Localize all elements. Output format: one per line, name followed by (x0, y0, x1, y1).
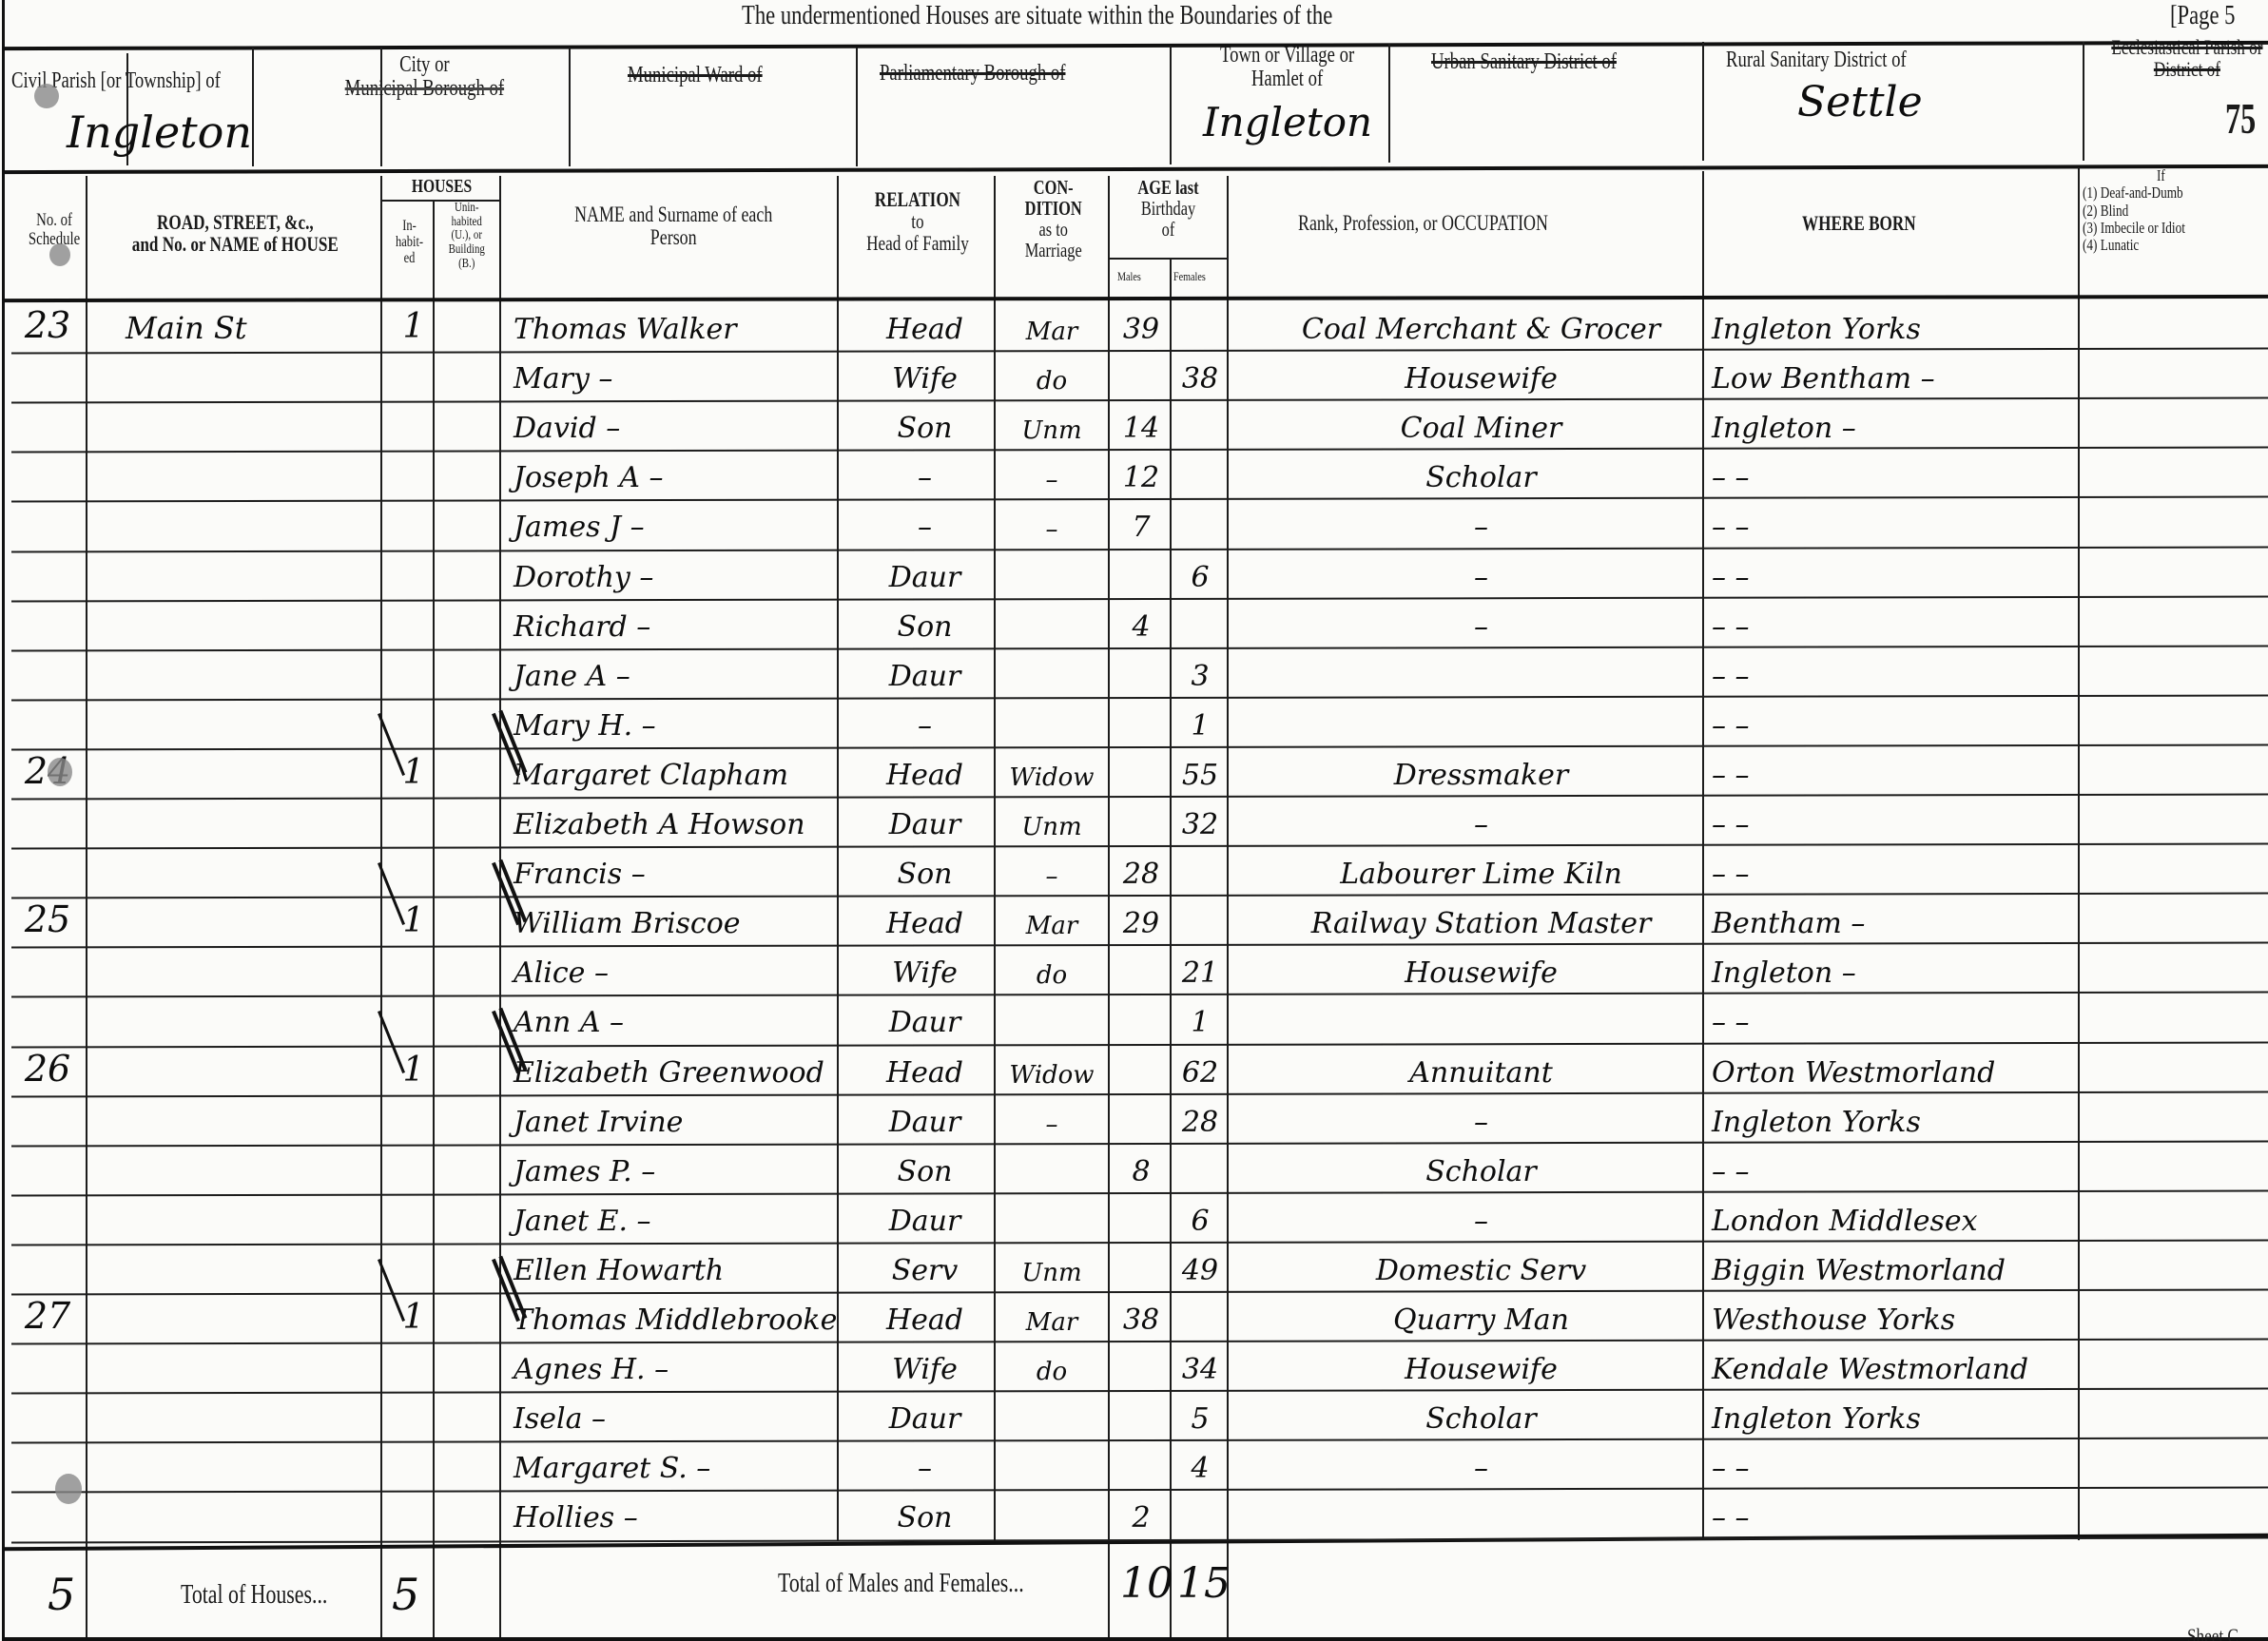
cell-infirmity (2087, 849, 2263, 891)
cell-road (126, 750, 373, 792)
cell-condition: Unm (998, 800, 1105, 841)
cell-road (126, 701, 373, 743)
cell-relation: Head (861, 1295, 989, 1337)
cell-road (126, 602, 373, 644)
cell-road (126, 898, 373, 940)
cell-name: Hollies – (514, 1493, 837, 1535)
cell-name: Janet E. – (514, 1196, 837, 1238)
cell-relation: Son (861, 403, 989, 445)
cell-condition (998, 997, 1105, 1039)
cell-inhabited (399, 849, 428, 891)
cell-females: 55 (1175, 750, 1225, 792)
cell-females: 1 (1175, 701, 1225, 743)
cell-where-born: Low Bentham – (1712, 354, 2073, 396)
cell-females (1175, 403, 1225, 445)
cell-inhabited (399, 403, 428, 445)
cell-relation: Daur (861, 800, 989, 841)
cell-occupation: – (1265, 602, 1697, 644)
cell-infirmity (2087, 997, 2263, 1039)
cell-name: Richard – (514, 602, 837, 644)
cell-where-born: Orton Westmorland (1712, 1048, 2073, 1090)
ecclesiastical-parish-label: Ecclesiastical Parish or District of (2109, 36, 2265, 80)
cell-road (126, 502, 373, 544)
cell-condition (998, 651, 1105, 693)
cell-name: Agnes H. – (514, 1344, 837, 1386)
cell-females (1175, 1493, 1225, 1535)
cell-schedule: 27 (11, 1295, 84, 1337)
cell-females (1175, 1295, 1225, 1337)
cell-road (126, 1048, 373, 1090)
cell-road (126, 1344, 373, 1386)
cell-occupation (1265, 997, 1697, 1039)
cell-females: 4 (1175, 1443, 1225, 1485)
cell-name: Elizabeth Greenwood (514, 1048, 837, 1090)
header-relation: RELATION to Head of Family (842, 188, 994, 254)
ink-blot (49, 243, 70, 266)
cell-condition: – (998, 502, 1105, 544)
cell-occupation: – (1265, 800, 1697, 841)
cell-occupation: Railway Station Master (1265, 898, 1697, 940)
cell-where-born: – – (1712, 602, 2073, 644)
cell-road (126, 1493, 373, 1535)
cell-relation: Son (861, 602, 989, 644)
cell-males (1115, 1344, 1168, 1386)
cell-schedule (11, 602, 84, 644)
cell-infirmity (2087, 1245, 2263, 1287)
cell-females: 3 (1175, 651, 1225, 693)
cell-condition: Mar (998, 304, 1105, 346)
cell-males: 8 (1115, 1147, 1168, 1188)
cell-infirmity (2087, 403, 2263, 445)
cell-females (1175, 849, 1225, 891)
cell-infirmity (2087, 304, 2263, 346)
cell-relation: Daur (861, 651, 989, 693)
cell-males: 28 (1115, 849, 1168, 891)
cell-infirmity (2087, 1295, 2263, 1337)
cell-condition: do (998, 948, 1105, 990)
cell-males (1115, 750, 1168, 792)
cell-schedule (11, 1394, 84, 1436)
cell-inhabited (399, 1443, 428, 1485)
cell-males: 2 (1115, 1493, 1168, 1535)
cell-occupation: Labourer Lime Kiln (1265, 849, 1697, 891)
cell-schedule (11, 849, 84, 891)
cell-males: 39 (1115, 304, 1168, 346)
cell-occupation: Dressmaker (1265, 750, 1697, 792)
cell-condition (998, 1493, 1105, 1535)
cell-infirmity (2087, 701, 2263, 743)
cell-females (1175, 502, 1225, 544)
cell-road (126, 552, 373, 594)
cell-females (1175, 304, 1225, 346)
cell-occupation: Scholar (1265, 1394, 1697, 1436)
cell-females: 38 (1175, 354, 1225, 396)
cell-occupation: Coal Merchant & Grocer (1265, 304, 1697, 346)
cell-occupation: Scholar (1265, 1147, 1697, 1188)
header-occupation: Rank, Profession, or OCCUPATION (1298, 211, 1548, 236)
cell-where-born: Ingleton Yorks (1712, 1097, 2073, 1139)
cell-occupation: – (1265, 502, 1697, 544)
cell-infirmity (2087, 898, 2263, 940)
cell-name: Francis – (514, 849, 837, 891)
cell-condition: Widow (998, 750, 1105, 792)
cell-relation: Head (861, 750, 989, 792)
cell-condition: – (998, 453, 1105, 494)
cell-name: Jane A – (514, 651, 837, 693)
cell-name: Mary H. – (514, 701, 837, 743)
cell-males (1115, 552, 1168, 594)
cell-inhabited (399, 1097, 428, 1139)
municipal-borough-label: City or Municipal Borough of (328, 53, 521, 101)
cell-schedule (11, 354, 84, 396)
cell-condition: Mar (998, 898, 1105, 940)
cell-females: 6 (1175, 1196, 1225, 1238)
cell-inhabited (399, 1147, 428, 1188)
municipal-ward-label: Municipal Ward of (628, 63, 763, 88)
cell-schedule (11, 1196, 84, 1238)
cell-where-born: – – (1712, 502, 2073, 544)
cell-inhabited (399, 453, 428, 494)
cell-name: Elizabeth A Howson (514, 800, 837, 841)
cell-name: Alice – (514, 948, 837, 990)
cell-name: Thomas Middlebrooke (514, 1295, 837, 1337)
cell-males: 14 (1115, 403, 1168, 445)
cell-inhabited (399, 1394, 428, 1436)
cell-schedule (11, 1097, 84, 1139)
cell-females (1175, 453, 1225, 494)
cell-relation: Son (861, 1493, 989, 1535)
cell-infirmity (2087, 1048, 2263, 1090)
cell-inhabited (399, 997, 428, 1039)
cell-where-born: Ingleton – (1712, 403, 2073, 445)
cell-infirmity (2087, 453, 2263, 494)
cell-inhabited (399, 1344, 428, 1386)
cell-name: David – (514, 403, 837, 445)
header-females: Females (1173, 269, 1206, 284)
cell-relation: – (861, 1443, 989, 1485)
cell-males (1115, 1048, 1168, 1090)
cell-relation: Son (861, 849, 989, 891)
cell-road (126, 403, 373, 445)
cell-inhabited (399, 651, 428, 693)
cell-inhabited (399, 502, 428, 544)
page-number: [Page 5 (2170, 0, 2235, 31)
cell-infirmity (2087, 750, 2263, 792)
cell-schedule: 23 (11, 304, 84, 346)
total-houses-value: 5 (392, 1569, 419, 1620)
cell-road (126, 849, 373, 891)
cell-occupation: Annuitant (1265, 1048, 1697, 1090)
cell-males (1115, 1097, 1168, 1139)
cell-inhabited (399, 552, 428, 594)
total-houses-label: Total of Houses... (181, 1580, 327, 1611)
cell-schedule (11, 948, 84, 990)
cell-schedule: 26 (11, 1048, 84, 1090)
cell-name: Thomas Walker (514, 304, 837, 346)
cell-schedule: 25 (11, 898, 84, 940)
header-schedule: No. of Schedule (19, 211, 89, 249)
cell-where-born: Biggin Westmorland (1712, 1245, 2073, 1287)
ink-blot (34, 84, 59, 108)
cell-name: Margaret Clapham (514, 750, 837, 792)
cell-condition (998, 1394, 1105, 1436)
cell-relation: Daur (861, 1097, 989, 1139)
cell-relation: Daur (861, 552, 989, 594)
cell-occupation: – (1265, 1097, 1697, 1139)
cell-name: Mary – (514, 354, 837, 396)
header-uninhabited: Unin- habited (U.), or Building (B.) (436, 202, 498, 271)
cell-road (126, 651, 373, 693)
cell-females (1175, 898, 1225, 940)
cell-inhabited: 1 (399, 304, 428, 346)
cell-road (126, 1196, 373, 1238)
cell-road (126, 1394, 373, 1436)
cell-name: James P. – (514, 1147, 837, 1188)
cell-inhabited (399, 701, 428, 743)
header-inhabited: In- habit- ed (384, 219, 435, 266)
header-where-born: WHERE BORN (1802, 211, 1916, 236)
cell-occupation: Housewife (1265, 1344, 1697, 1386)
cell-road (126, 997, 373, 1039)
civil-parish-value: Ingleton (67, 106, 252, 158)
cell-where-born: Kendale Westmorland (1712, 1344, 2073, 1386)
cell-inhabited (399, 354, 428, 396)
cell-name: Janet Irvine (514, 1097, 837, 1139)
cell-relation: – (861, 701, 989, 743)
cell-relation: Wife (861, 354, 989, 396)
cell-males (1115, 1196, 1168, 1238)
cell-condition: Unm (998, 1245, 1105, 1287)
cell-infirmity (2087, 800, 2263, 841)
cell-females: 49 (1175, 1245, 1225, 1287)
page-banner: The undermentioned Houses are situate wi… (742, 0, 1332, 31)
enumeration-district-number: 75 (2225, 93, 2256, 144)
cell-males: 7 (1115, 502, 1168, 544)
cell-infirmity (2087, 1344, 2263, 1386)
parliamentary-borough-label: Parliamentary Borough of (880, 61, 1065, 87)
cell-schedule (11, 1344, 84, 1386)
cell-name: Ann A – (514, 997, 837, 1039)
cell-where-born: – – (1712, 800, 2073, 841)
cell-relation: Wife (861, 1344, 989, 1386)
cell-condition: Widow (998, 1048, 1105, 1090)
town-village-label: Town or Village or Hamlet of (1198, 44, 1376, 91)
header-road: ROAD, STREET, &c., and No. or NAME of HO… (100, 211, 371, 255)
cell-infirmity (2087, 1394, 2263, 1436)
total-persons-label: Total of Males and Females... (778, 1569, 1024, 1599)
cell-infirmity (2087, 1493, 2263, 1535)
cell-road (126, 1097, 373, 1139)
header-age: AGE last Birthday of (1113, 177, 1224, 240)
cell-infirmity (2087, 1443, 2263, 1485)
cell-condition: – (998, 1097, 1105, 1139)
cell-infirmity (2087, 1147, 2263, 1188)
cell-males (1115, 651, 1168, 693)
cell-relation: Head (861, 1048, 989, 1090)
cell-males (1115, 997, 1168, 1039)
cell-occupation: Scholar (1265, 453, 1697, 494)
cell-name: Ellen Howarth (514, 1245, 837, 1287)
cell-infirmity (2087, 354, 2263, 396)
cell-males (1115, 800, 1168, 841)
cell-condition: Unm (998, 403, 1105, 445)
cell-occupation (1265, 701, 1697, 743)
cell-condition (998, 701, 1105, 743)
cell-where-born: – – (1712, 1493, 2073, 1535)
cell-occupation: Housewife (1265, 948, 1697, 990)
cell-relation: Wife (861, 948, 989, 990)
cell-females (1175, 602, 1225, 644)
cell-infirmity (2087, 1097, 2263, 1139)
cell-relation: Daur (861, 1394, 989, 1436)
cell-road (126, 354, 373, 396)
cell-condition (998, 1443, 1105, 1485)
cell-males (1115, 1394, 1168, 1436)
cell-where-born: Westhouse Yorks (1712, 1295, 2073, 1337)
cell-infirmity (2087, 602, 2263, 644)
cell-where-born: – – (1712, 849, 2073, 891)
cell-males: 4 (1115, 602, 1168, 644)
cell-schedule (11, 701, 84, 743)
cell-name: Margaret S. – (514, 1443, 837, 1485)
cell-females: 21 (1175, 948, 1225, 990)
cell-males: 38 (1115, 1295, 1168, 1337)
cell-inhabited (399, 948, 428, 990)
cell-males: 29 (1115, 898, 1168, 940)
header-infirmity: If (1) Deaf-and-Dumb (2) Blind (3) Imbec… (2083, 167, 2185, 255)
cell-condition (998, 602, 1105, 644)
cell-males (1115, 354, 1168, 396)
cell-condition: do (998, 354, 1105, 396)
cell-condition: – (998, 849, 1105, 891)
cell-where-born: London Middlesex (1712, 1196, 2073, 1238)
cell-schedule (11, 502, 84, 544)
rural-sanitary-value: Settle (1797, 78, 1923, 126)
cell-occupation: – (1265, 552, 1697, 594)
rural-sanitary-label: Rural Sanitary District of (1726, 48, 1907, 73)
cell-road (126, 1147, 373, 1188)
cell-where-born: – – (1712, 997, 2073, 1039)
cell-name: Dorothy – (514, 552, 837, 594)
cell-where-born: Ingleton Yorks (1712, 304, 2073, 346)
cell-females: 6 (1175, 552, 1225, 594)
cell-relation: Daur (861, 1196, 989, 1238)
cell-condition (998, 1196, 1105, 1238)
cell-inhabited (399, 1493, 428, 1535)
cell-infirmity (2087, 502, 2263, 544)
cell-where-born: Ingleton Yorks (1712, 1394, 2073, 1436)
cell-occupation (1265, 651, 1697, 693)
cell-occupation: Quarry Man (1265, 1295, 1697, 1337)
cell-inhabited: 1 (399, 898, 428, 940)
town-village-value: Ingleton (1203, 99, 1372, 145)
header-condition: CON- DITION as to Marriage (998, 177, 1108, 261)
cell-schedule (11, 1147, 84, 1188)
ink-blot (48, 758, 72, 786)
cell-schedule (11, 453, 84, 494)
cell-relation: Serv (861, 1245, 989, 1287)
cell-relation: Son (861, 1147, 989, 1188)
cell-condition (998, 1147, 1105, 1188)
cell-females: 32 (1175, 800, 1225, 841)
cell-occupation: – (1265, 1196, 1697, 1238)
cell-road (126, 1245, 373, 1287)
sheet-note: Sheet C (2187, 1624, 2239, 1641)
cell-where-born: – – (1712, 453, 2073, 494)
cell-road: Main St (126, 304, 373, 346)
cell-inhabited (399, 1245, 428, 1287)
cell-where-born: – – (1712, 750, 2073, 792)
cell-schedule (11, 1245, 84, 1287)
cell-males (1115, 1443, 1168, 1485)
cell-road (126, 1443, 373, 1485)
cell-relation: – (861, 502, 989, 544)
cell-females: 28 (1175, 1097, 1225, 1139)
cell-road (126, 948, 373, 990)
cell-infirmity (2087, 948, 2263, 990)
cell-females: 34 (1175, 1344, 1225, 1386)
cell-name: Joseph A – (514, 453, 837, 494)
cell-inhabited: 1 (399, 1295, 428, 1337)
cell-occupation: Coal Miner (1265, 403, 1697, 445)
cell-inhabited (399, 602, 428, 644)
cell-name: Isela – (514, 1394, 837, 1436)
cell-condition (998, 552, 1105, 594)
cell-road (126, 453, 373, 494)
header-houses: HOUSES (388, 177, 495, 197)
cell-relation: Head (861, 898, 989, 940)
cell-occupation: Housewife (1265, 354, 1697, 396)
cell-occupation (1265, 1493, 1697, 1535)
cell-occupation: – (1265, 1443, 1697, 1485)
cell-where-born: – – (1712, 1443, 2073, 1485)
cell-relation: Daur (861, 997, 989, 1039)
cell-schedule (11, 403, 84, 445)
cell-males (1115, 701, 1168, 743)
cell-where-born: Ingleton – (1712, 948, 2073, 990)
cell-relation: – (861, 453, 989, 494)
cell-females: 1 (1175, 997, 1225, 1039)
cell-where-born: Bentham – (1712, 898, 2073, 940)
cell-relation: Head (861, 304, 989, 346)
cell-condition: do (998, 1344, 1105, 1386)
cell-name: James J – (514, 502, 837, 544)
cell-males: 12 (1115, 453, 1168, 494)
cell-females (1175, 1147, 1225, 1188)
header-males: Males (1117, 269, 1141, 284)
cell-females: 5 (1175, 1394, 1225, 1436)
cell-road (126, 1295, 373, 1337)
cell-where-born: – – (1712, 651, 2073, 693)
cell-schedule (11, 552, 84, 594)
total-females: 15 (1177, 1559, 1231, 1608)
cell-road (126, 800, 373, 841)
cell-infirmity (2087, 651, 2263, 693)
cell-schedule (11, 651, 84, 693)
urban-sanitary-label: Urban Sanitary District of (1431, 49, 1617, 75)
cell-where-born: – – (1712, 1147, 2073, 1188)
cell-infirmity (2087, 552, 2263, 594)
cell-schedule (11, 800, 84, 841)
cell-inhabited (399, 800, 428, 841)
total-males: 10 (1120, 1559, 1173, 1608)
cell-where-born: – – (1712, 701, 2073, 743)
total-schedules: 5 (48, 1569, 75, 1620)
cell-schedule (11, 997, 84, 1039)
cell-condition: Mar (998, 1295, 1105, 1337)
cell-where-born: – – (1712, 552, 2073, 594)
header-name: NAME and Surname of each Person (533, 203, 814, 249)
